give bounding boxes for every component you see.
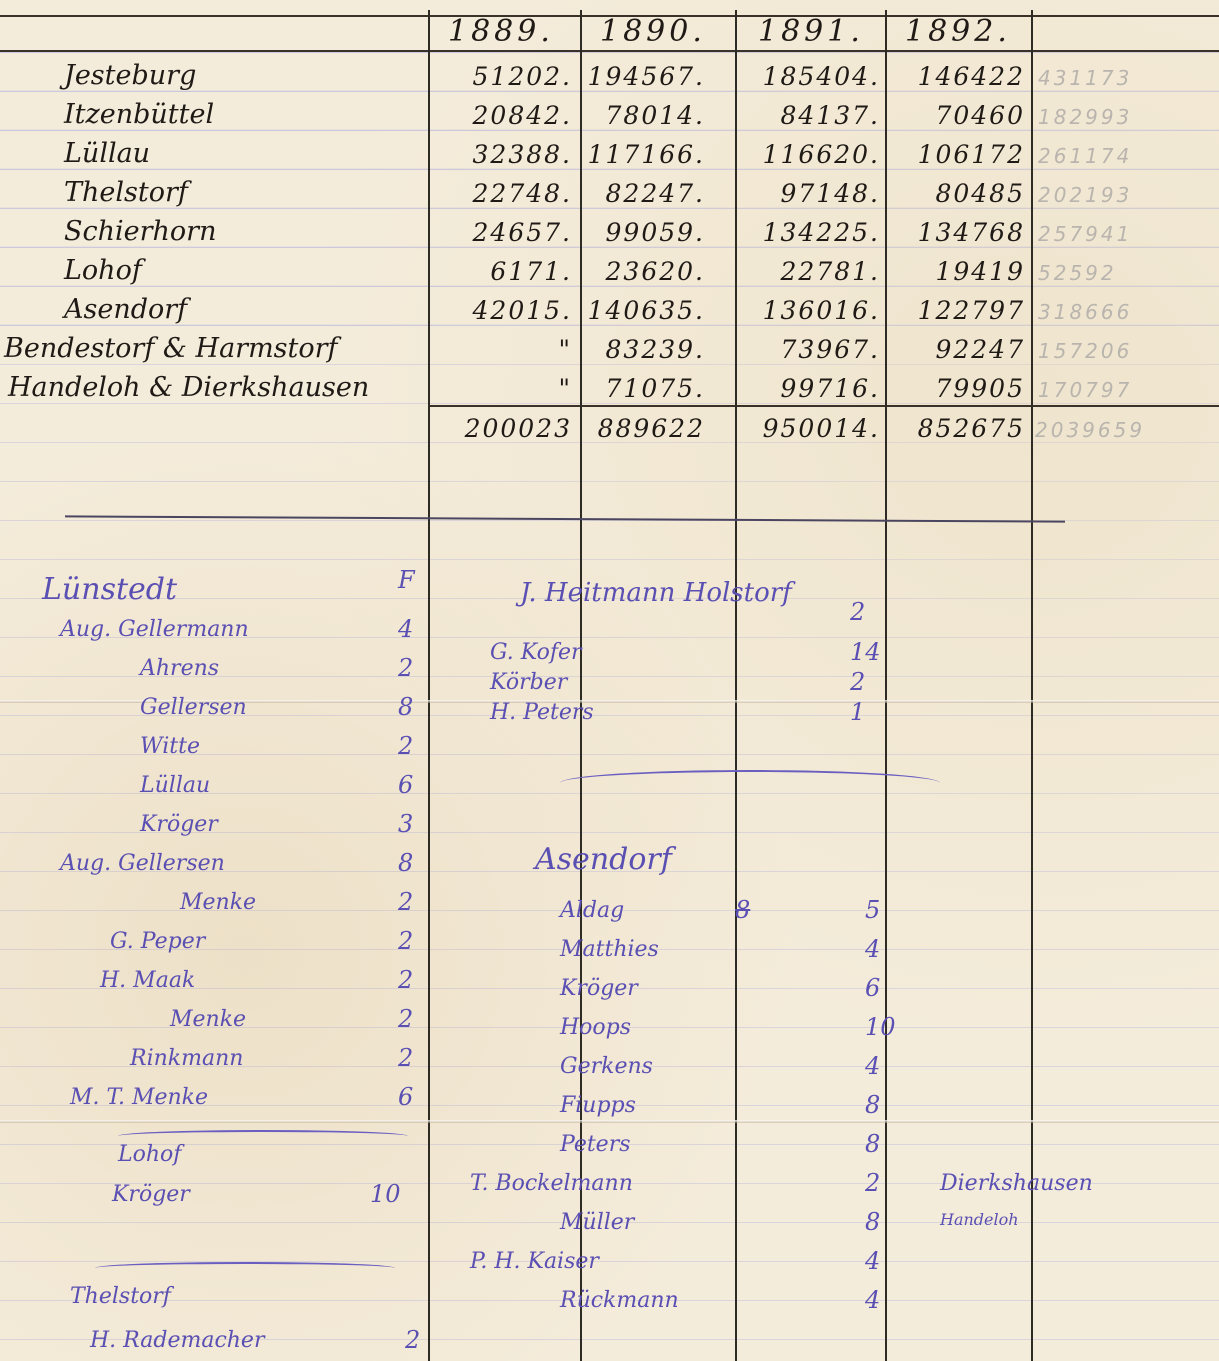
notes-left-name: G. Peper [110,929,205,954]
pencil-row-total: 52592 [1038,261,1117,285]
section-swash [560,770,940,796]
notes-right-name: Aldag [560,898,624,923]
table-cell: 42015. [432,296,572,325]
notes-right-count: 5 [865,896,880,924]
paper-fold [0,1120,1219,1123]
table-cell: 20842. [432,101,572,130]
column-divider-total [1031,10,1033,1361]
notes-right-place-note: Dierkshausen [940,1171,1093,1196]
notes-right-count: 8 [865,1091,880,1119]
section-swash [118,1130,408,1142]
table-cell: 106172 [885,140,1025,169]
notes-right-name: Hoops [560,1015,631,1040]
notes-right-name: P. H. Kaiser [470,1249,599,1274]
table-cell: 22748. [432,179,572,208]
notes-right-name: Müller [560,1210,634,1235]
notes-right-name: Gerkens [560,1054,653,1079]
table-cell: 122797 [885,296,1025,325]
row-place: Itzenbüttel [64,99,214,130]
table-cell: 32388. [432,140,572,169]
notes-left-name: Witte [140,734,200,759]
notes-right-count: 14 [850,638,881,666]
notes-right-name: G. Kofer [490,640,582,665]
table-cell: 83239. [580,335,705,364]
notes-left-count: 6 [398,771,413,799]
notes-left-section2-heading: Lohof [118,1142,181,1167]
table-cell: 23620. [580,257,705,286]
table-cell: 134768 [885,218,1025,247]
column-header-1889: 1889. [448,14,554,49]
table-totals-rule [428,405,1219,407]
notes-right-name: T. Bockelmann [470,1171,633,1196]
notes-left-section3-count: 2 [405,1326,420,1354]
row-place: Thelstorf [64,177,188,208]
notes-right-count: 2 [850,598,865,626]
notes-right-name: Matthies [560,937,659,962]
column-header-1892: 1892. [905,14,1011,49]
notes-right-section2-heading: Asendorf [535,842,672,877]
notes-left-name: Menke [180,890,256,915]
table-cell: 80485 [885,179,1025,208]
notes-left-name: Aug. Gellermann [60,617,249,642]
section-swash [95,1262,395,1274]
table-cell: 116620. [735,140,880,169]
notes-right-count: 4 [865,1052,880,1080]
table-cell: 146422 [885,62,1025,91]
notes-left-section3-name: H. Rademacher [90,1328,264,1353]
notes-left-count: 2 [398,927,413,955]
table-cell: 92247 [885,335,1025,364]
notes-right-count: 4 [865,1247,880,1275]
notes-right-heading: J. Heitmann Holstorf [520,578,792,608]
total-1889: 200023 [432,414,572,443]
column-header-1891: 1891. [758,14,864,49]
table-cell: 70460 [885,101,1025,130]
table-cell: 22781. [735,257,880,286]
notes-left-name: M. T. Menke [70,1085,208,1110]
table-cell: " [432,335,572,364]
notes-right-count: 2 [865,1169,880,1197]
notes-left-name: Lüllau [140,773,210,798]
row-place: Handeloh & Dierkshausen [8,372,369,403]
table-cell: " [432,374,572,403]
table-cell: 117166. [580,140,705,169]
table-cell: 84137. [735,101,880,130]
row-place: Bendestorf & Harmstorf [4,333,338,364]
table-cell: 99059. [580,218,705,247]
table-cell: 185404. [735,62,880,91]
table-cell: 82247. [580,179,705,208]
notes-right-name: Körber [490,670,567,695]
table-cell: 71075. [580,374,705,403]
notes-left-name: Kröger [140,812,218,837]
notes-left-heading: Lünstedt [42,572,177,607]
pencil-row-total: 157206 [1038,339,1132,363]
notes-left-count: 6 [398,1083,413,1111]
notes-left-count: 3 [398,810,413,838]
row-place: Jesteburg [64,60,196,91]
notes-right-name: Rückmann [560,1288,679,1313]
total-1892: 852675 [885,414,1025,443]
notes-right-count: 4 [865,1286,880,1314]
notes-left-count: 4 [398,615,413,643]
notes-left-heading-mark: F [398,566,415,594]
notes-left-count: 2 [398,1005,413,1033]
notes-right-count: 10 [865,1013,896,1041]
notes-left-count: 2 [398,1044,413,1072]
notes-left-count: 8 [398,849,413,877]
notes-left-count: 8 [398,693,413,721]
column-divider-1889 [428,10,430,1361]
notes-right-name: H. Peters [490,700,594,725]
notes-right-name: Fiupps [560,1093,636,1118]
notes-right-count: 8 [865,1208,880,1236]
column-divider-1891 [735,10,737,1361]
notes-right-place-note: Handeloh [940,1210,1019,1229]
notes-right-name: Peters [560,1132,631,1157]
notes-left-name: Gellersen [140,695,247,720]
notes-right-count: 6 [865,974,880,1002]
pencil-grand-total: 2039659 [1035,418,1145,442]
row-place: Schierhorn [64,216,216,247]
column-divider-1890 [580,10,582,1361]
column-header-1890: 1890. [600,14,706,49]
table-cell: 79905 [885,374,1025,403]
table-cell: 97148. [735,179,880,208]
pencil-row-total: 202193 [1038,183,1132,207]
notes-left-name: Menke [170,1007,246,1032]
notes-left-count: 2 [398,888,413,916]
pencil-row-total: 261174 [1038,144,1132,168]
struck-count: 8 [735,896,750,924]
pencil-row-total: 182993 [1038,105,1132,129]
notes-left-count: 2 [398,732,413,760]
total-1890: 889622 [580,414,705,443]
notes-right-count: 2 [850,668,865,696]
table-cell: 140635. [580,296,705,325]
notes-right-count: 1 [850,698,865,726]
table-header-rule [0,50,1219,52]
notes-left-section3-heading: Thelstorf [70,1284,171,1309]
row-place: Asendorf [64,294,187,325]
table-cell: 78014. [580,101,705,130]
pencil-row-total: 431173 [1038,66,1132,90]
table-cell: 136016. [735,296,880,325]
notes-left-section2-name: Kröger [112,1182,190,1207]
table-cell: 19419 [885,257,1025,286]
notes-left-count: 2 [398,966,413,994]
pencil-row-total: 318666 [1038,300,1132,324]
row-place: Lohof [64,255,142,286]
notes-right-count: 8 [865,1130,880,1158]
table-cell: 51202. [432,62,572,91]
notes-left-name: Aug. Gellersen [60,851,225,876]
pencil-row-total: 257941 [1038,222,1132,246]
notes-left-section2-count: 10 [370,1180,401,1208]
table-cell: 134225. [735,218,880,247]
row-place: Lüllau [64,138,150,169]
notes-right-count: 4 [865,935,880,963]
pencil-row-total: 170797 [1038,378,1132,402]
notes-left-name: H. Maak [100,968,195,993]
notes-left-name: Rinkmann [130,1046,243,1071]
total-1891: 950014. [735,414,880,443]
notes-right-name: Kröger [560,976,638,1001]
table-cell: 73967. [735,335,880,364]
table-cell: 194567. [580,62,705,91]
table-cell: 99716. [735,374,880,403]
table-cell: 6171. [432,257,572,286]
notes-left-name: Ahrens [140,656,219,681]
table-cell: 24657. [432,218,572,247]
column-divider-1892 [885,10,887,1361]
notes-left-count: 2 [398,654,413,682]
